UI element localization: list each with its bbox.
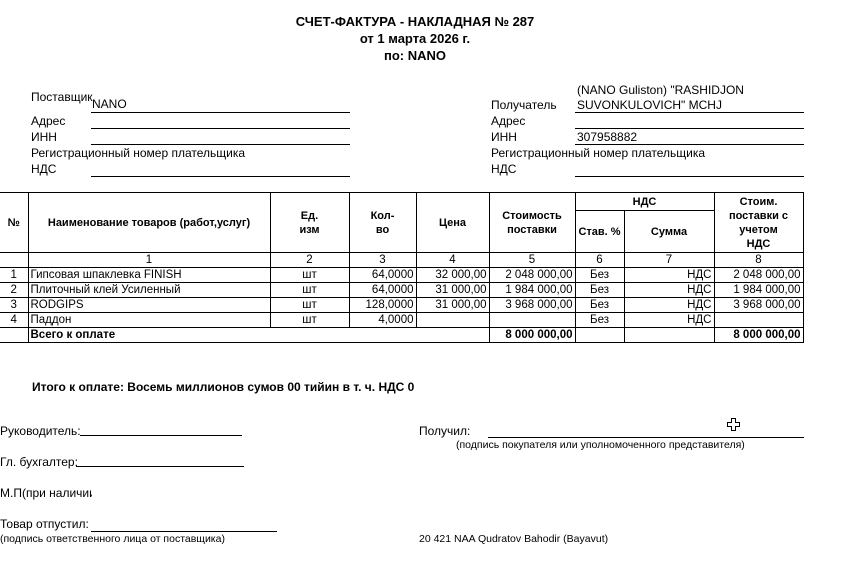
supplier-reg-label: Регистрационный номер плательщика [31,146,245,160]
accountant-label: Гл. бухгалтер: [0,455,78,469]
cell-cost: 2 048 000,00 [489,268,575,283]
recipient-address-line [575,128,804,129]
cell-vat-sum: НДС [624,268,714,283]
supplier-vat-line [91,176,350,177]
recipient-vat-label: НДС [491,162,516,176]
recipient-address-label: Адрес [491,114,525,128]
released-label: Товар отпустил: [0,517,89,531]
released-signature-line[interactable] [91,531,277,532]
summary-text: Итого к оплате: Восемь миллионов сумов 0… [32,380,414,394]
cell-no: 1 [0,268,28,283]
cell-name: Гипсовая шпаклевка FINISH [28,268,270,283]
cell-no: 4 [0,313,28,328]
cell-unit: шт [270,283,349,298]
cell-price: 31 000,00 [416,283,489,298]
total-row-cost: 8 000 000,00 [489,328,575,343]
cell-vat-rate: Без [575,268,624,283]
table-row: 4Паддоншт4,0000БезНДС [0,313,803,328]
table-row: 3RODGIPSшт128,000031 000,003 968 000,00Б… [0,298,803,313]
supplier-inn-label: ИНН [31,130,57,144]
col-num-2: 2 [270,253,349,268]
stamp-label: М.П(при наличии [0,486,92,500]
released-note: (подпись ответственного лица от поставщи… [0,533,225,545]
accountant-signature-line[interactable] [76,466,244,467]
recipient-inn: 307958882 [577,130,637,144]
cell-vat-sum: НДС [624,283,714,298]
cell-price [416,313,489,328]
director-label: Руководитель: [0,424,81,438]
cell-unit: шт [270,298,349,313]
received-label: Получил: [419,424,470,438]
total-row-total: 8 000 000,00 [714,328,803,343]
supplier-name: NANO [92,97,127,111]
total-row-vat-rate [575,328,624,343]
header-vat-group: НДС [575,193,714,211]
footer-code: 20 421 NAA Qudratov Bahodir (Bayavut) [419,533,608,545]
crosshair-cursor-icon [727,418,740,431]
table-body: 1Гипсовая шпаклевка FINISHшт64,000032 00… [0,268,803,328]
received-signature-line[interactable] [488,437,804,438]
header-qty: Кол-во [349,193,416,253]
header-unit-text: Ед. изм [295,209,325,237]
cell-total: 2 048 000,00 [714,268,803,283]
supplier-name-line [91,112,350,113]
col-num-8: 8 [714,253,803,268]
supplier-address-line [91,128,350,129]
col-num-3: 3 [349,253,416,268]
cell-unit: шт [270,313,349,328]
cell-qty: 64,0000 [349,268,416,283]
total-row-empty [0,328,28,343]
header-vat-sum: Сумма [624,211,714,253]
supplier-address-label: Адрес [31,114,65,128]
column-numbers-row: 1 2 3 4 5 6 7 8 [0,253,803,268]
supplier-inn-line [91,144,350,145]
cell-vat-sum: НДС [624,298,714,313]
cell-name: Паддон [28,313,270,328]
cell-cost: 1 984 000,00 [489,283,575,298]
cell-price: 31 000,00 [416,298,489,313]
recipient-inn-label: ИНН [491,130,517,144]
col-num-5: 5 [489,253,575,268]
recipient-vat-line [575,176,804,177]
received-note: (подпись покупателя или уполномоченного … [456,439,745,451]
table-row: 2Плиточный клей Усиленныйшт64,000031 000… [0,283,803,298]
cell-qty: 128,0000 [349,298,416,313]
header-total-text: Стоим. поставки с учетом НДС [729,195,789,251]
cell-vat-rate: Без [575,313,624,328]
cell-total: 3 968 000,00 [714,298,803,313]
table-row: 1Гипсовая шпаклевка FINISHшт64,000032 00… [0,268,803,283]
cell-name: RODGIPS [28,298,270,313]
cell-total [714,313,803,328]
document-by: по: NANO [0,48,830,63]
cell-unit: шт [270,268,349,283]
total-row-vat-sum [624,328,714,343]
supplier-vat-label: НДС [31,162,56,176]
header-total-with-vat: Стоим. поставки с учетом НДС [714,193,803,253]
cell-no: 2 [0,283,28,298]
cell-vat-sum: НДС [624,313,714,328]
cell-total: 1 984 000,00 [714,283,803,298]
cell-name: Плиточный клей Усиленный [28,283,270,298]
header-unit: Ед. изм [270,193,349,253]
cell-no: 3 [0,298,28,313]
col-num-1: 1 [28,253,270,268]
col-num-6: 6 [575,253,624,268]
cell-price: 32 000,00 [416,268,489,283]
header-price: Цена [416,193,489,253]
cell-vat-rate: Без [575,283,624,298]
recipient-label: Получатель [491,98,557,112]
cell-qty: 4,0000 [349,313,416,328]
recipient-inn-line [575,144,804,145]
recipient-name-line [575,112,804,113]
header-cost: Стоимость поставки [489,193,575,253]
recipient-name-line1: (NANO Guliston) "RASHIDJON [577,83,744,97]
total-row: Всего к оплате 8 000 000,00 8 000 000,00 [0,328,803,343]
recipient-reg-label: Регистрационный номер плательщика [491,146,705,160]
col-num-empty [0,253,28,268]
document-date: от 1 марта 2026 г. [0,31,830,46]
invoice-table: № Наименование товаров (работ,услуг) Ед.… [0,192,804,343]
header-qty-text: Кол-во [368,209,398,237]
header-no: № [0,193,28,253]
header-name: Наименование товаров (работ,услуг) [28,193,270,253]
cell-qty: 64,0000 [349,283,416,298]
recipient-name-line2: SUVONKULOVICH" MCHJ [577,98,722,112]
header-vat-rate: Став. % [575,211,624,253]
document-title: СЧЕТ-ФАКТУРА - НАКЛАДНАЯ № 287 [0,14,830,29]
cell-cost [489,313,575,328]
director-signature-line[interactable] [80,435,242,436]
total-row-label: Всего к оплате [28,328,489,343]
col-num-7: 7 [624,253,714,268]
cell-vat-rate: Без [575,298,624,313]
supplier-label: Поставщик [31,90,93,104]
col-num-4: 4 [416,253,489,268]
cell-cost: 3 968 000,00 [489,298,575,313]
